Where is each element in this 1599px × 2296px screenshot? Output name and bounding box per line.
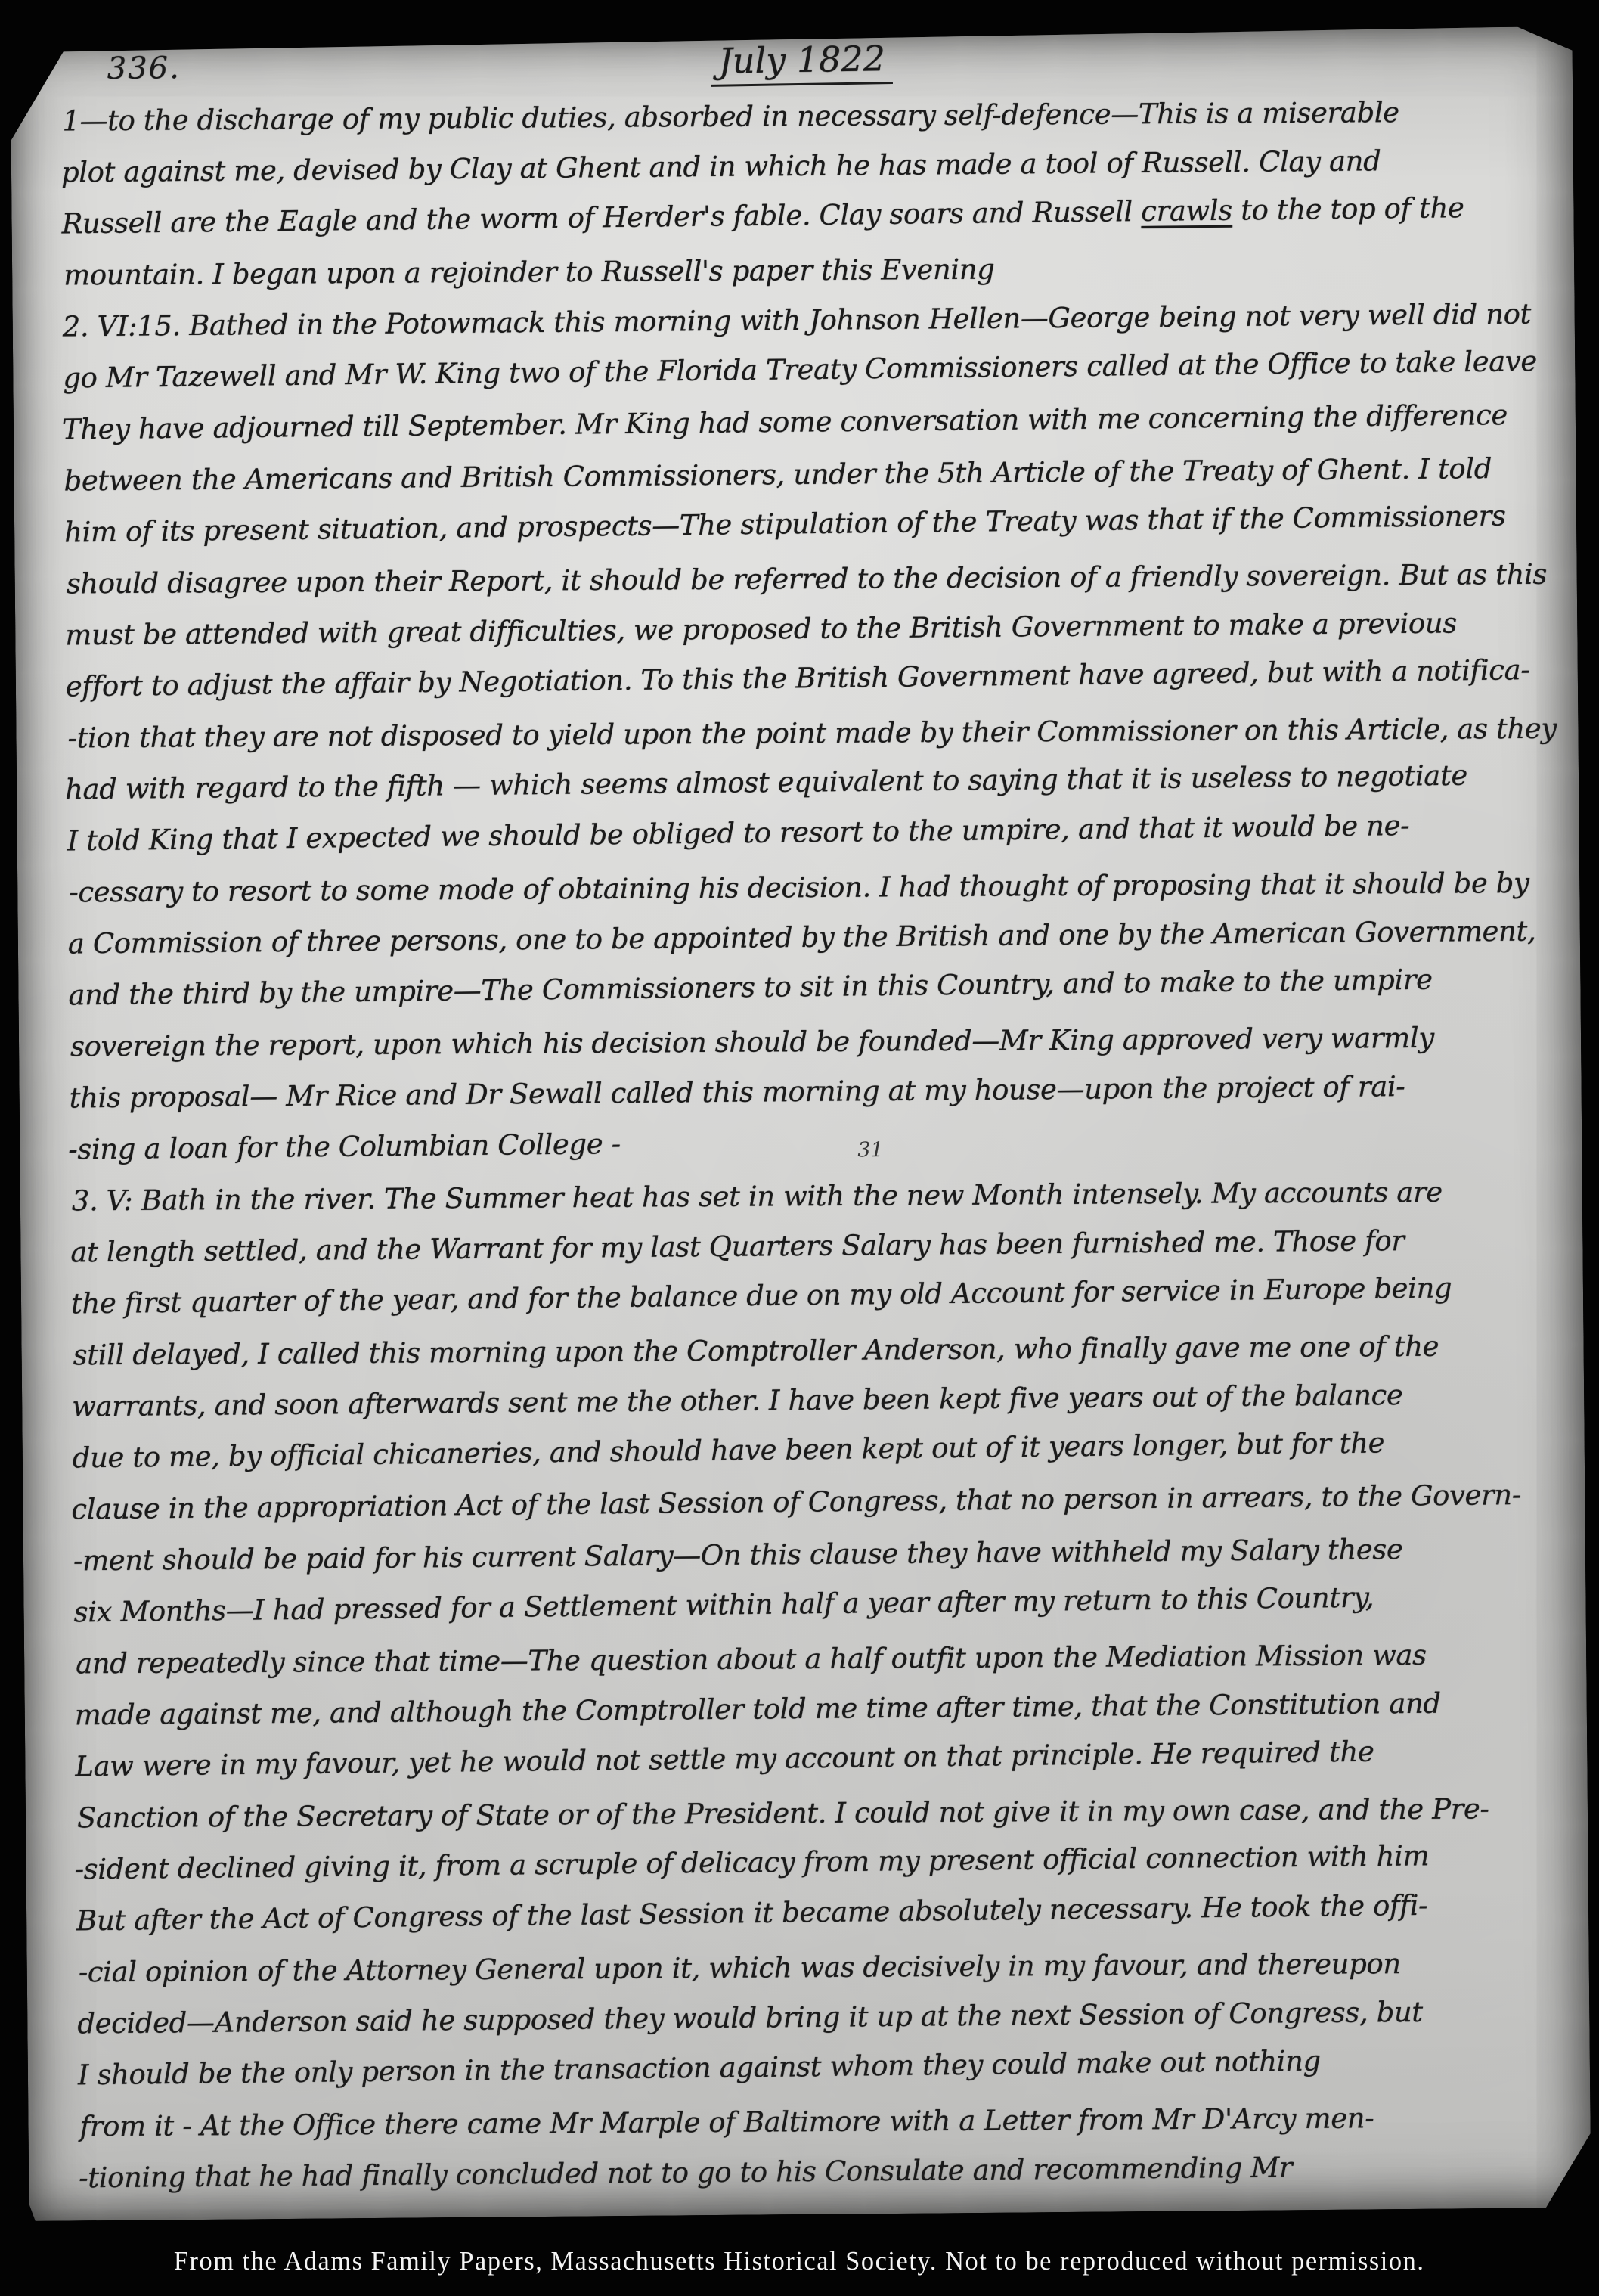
page-number: 336. — [107, 51, 181, 86]
manuscript-paper: 336. July 1822 1—to the discharge of my … — [10, 26, 1591, 2221]
manuscript-body: 1—to the discharge of my public duties, … — [60, 82, 1562, 2204]
manuscript-content: 336. July 1822 1—to the discharge of my … — [60, 34, 1563, 2204]
date-heading: July 1822 — [711, 38, 893, 87]
manuscript-line: 3. V: Bath in the river. The Summer heat… — [72, 1166, 1555, 1227]
manuscript-line: mountain. I began upon a rejoinder to Ru… — [64, 240, 1547, 302]
manuscript-line: from it - At the Office there came Mr Ma… — [79, 2092, 1563, 2153]
manuscript-line: and repeatedly since that time—The quest… — [76, 1629, 1559, 1690]
scanned-page: 336. July 1822 1—to the discharge of my … — [0, 0, 1599, 2296]
manuscript-line: sovereign the report, upon which his dec… — [70, 1012, 1554, 1073]
manuscript-line: 1—to the discharge of my public duties, … — [62, 86, 1545, 147]
archive-caption: From the Adams Family Papers, Massachuse… — [174, 2246, 1425, 2276]
manuscript-line: -cial opinion of the Attorney General up… — [79, 1938, 1562, 1999]
manuscript-line: -cessary to resort to some mode of obtai… — [69, 858, 1552, 919]
manuscript-line: still delayed, I called this morning upo… — [73, 1320, 1556, 1382]
caption-band: From the Adams Family Papers, Massachuse… — [0, 2240, 1599, 2296]
interline-mark: 31 — [857, 1138, 884, 1162]
manuscript-line: should disagree upon their Report, it sh… — [67, 549, 1550, 610]
